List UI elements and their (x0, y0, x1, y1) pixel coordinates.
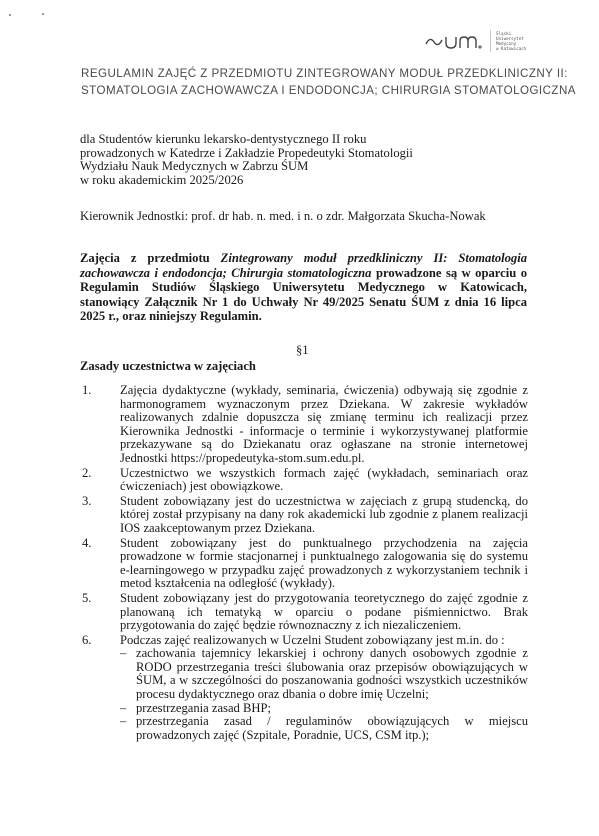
scan-speck (9, 14, 11, 16)
list-item: 1.Zajęcia dydaktyczne (wykłady, seminari… (80, 384, 528, 466)
dash-bullet: – (120, 715, 126, 729)
list-item-text: Student zobowiązany jest do przygotowani… (120, 592, 528, 633)
sum-university-logo-icon (424, 30, 486, 52)
list-item-text: Zajęcia dydaktyczne (wykłady, seminaria,… (120, 384, 528, 466)
list-subitem-text: przestrzegania zasad BHP; (136, 702, 528, 716)
list-item-text: Podczas zajęć realizowanych w Uczelni St… (120, 634, 528, 648)
section-title: Zasady uczestnictwa w zajęciach (80, 359, 256, 374)
rules-list: 1.Zajęcia dydaktyczne (wykłady, seminari… (80, 384, 528, 743)
logo-divider (490, 30, 491, 52)
head-of-unit: Kierownik Jednostki: prof. dr hab. n. me… (80, 209, 486, 224)
list-subitem: –przestrzegania zasad / regulaminów obow… (120, 715, 528, 742)
section-sign: §1 (296, 343, 309, 358)
list-subitem-text: przestrzegania zasad / regulaminów obowi… (136, 715, 528, 742)
list-subitem: –przestrzegania zasad BHP; (120, 702, 528, 716)
list-item: 6.Podczas zajęć realizowanych w Uczelni … (80, 634, 528, 743)
list-item-text: Student zobowiązany jest do uczestnictwa… (120, 495, 528, 536)
legal-basis-paragraph: Zajęcia z przedmiotu Zintegrowany moduł … (80, 251, 527, 324)
list-item-number: 1. (82, 384, 91, 398)
list-subitem: –zachowania tajemnicy lekarskiej i ochro… (120, 647, 528, 701)
dash-bullet: – (120, 647, 126, 661)
dash-bullet: – (120, 702, 126, 716)
list-item-text: Uczestnictwo we wszystkich formach zajęć… (120, 467, 528, 494)
list-item-number: 6. (82, 634, 91, 648)
list-item-number: 4. (82, 537, 91, 551)
document-title: REGULAMIN ZAJĘĆ Z PRZEDMIOTU ZINTEGROWAN… (81, 65, 581, 99)
list-item: 3.Student zobowiązany jest do uczestnict… (80, 495, 528, 536)
university-logo: Śląski Uniwersytet Medyczny w Katowicach (424, 28, 544, 54)
intro-block: dla Studentów kierunku lekarsko-dentysty… (80, 133, 530, 187)
list-item: 2.Uczestnictwo we wszystkich formach zaj… (80, 467, 528, 494)
list-item: 5.Student zobowiązany jest do przygotowa… (80, 592, 528, 633)
list-item-text: Student zobowiązany jest do punktualnego… (120, 537, 528, 591)
logo-text: Śląski Uniwersytet Medyczny w Katowicach (496, 31, 526, 52)
list-item-number: 5. (82, 592, 91, 606)
list-subitem-text: zachowania tajemnicy lekarskiej i ochron… (136, 647, 528, 701)
scan-speck (42, 13, 44, 15)
list-item-number: 3. (82, 495, 91, 509)
list-item-number: 2. (82, 467, 91, 481)
list-item: 4.Student zobowiązany jest do punktualne… (80, 537, 528, 591)
